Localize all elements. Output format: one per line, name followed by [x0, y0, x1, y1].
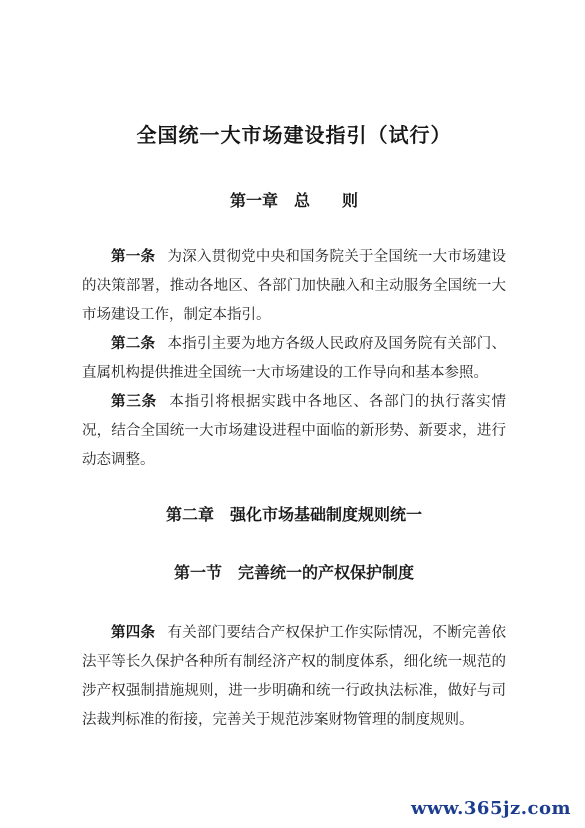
section-1-articles: 第四条有关部门要结合产权保护工作实际情况，不断完善依法平等长久保护各种所有制经济… — [82, 619, 506, 735]
article-4-paragraph: 第四条有关部门要结合产权保护工作实际情况，不断完善依法平等长久保护各种所有制经济… — [82, 619, 506, 735]
article-3-label: 第三条 — [111, 394, 157, 410]
article-4-label: 第四条 — [111, 625, 155, 641]
chapter-2-heading: 第二章 强化市场基础制度规则统一 — [82, 505, 506, 527]
chapter-1-heading: 第一章 总 则 — [82, 191, 506, 213]
article-2-label: 第二条 — [111, 336, 155, 352]
document-content: 全国统一大市场建设指引（试行） 第一章 总 则 第一条为深入贯彻党中央和国务院关… — [0, 0, 585, 735]
chapter-1-articles: 第一条为深入贯彻党中央和国务院关于全国统一大市场建设的决策部署，推动各地区、各部… — [82, 243, 506, 475]
document-page: 全国统一大市场建设指引（试行） 第一章 总 则 第一条为深入贯彻党中央和国务院关… — [0, 0, 585, 828]
document-title: 全国统一大市场建设指引（试行） — [82, 0, 506, 151]
article-1-paragraph: 第一条为深入贯彻党中央和国务院关于全国统一大市场建设的决策部署，推动各地区、各部… — [82, 243, 506, 330]
article-3-paragraph: 第三条本指引将根据实践中各地区、各部门的执行落实情况，结合全国统一大市场建设进程… — [82, 388, 506, 475]
section-1-heading: 第一节 完善统一的产权保护制度 — [82, 563, 506, 585]
article-1-label: 第一条 — [111, 249, 155, 265]
watermark-url: www.365jz.com — [411, 798, 571, 819]
article-2-paragraph: 第二条本指引主要为地方各级人民政府及国务院有关部门、直属机构提供推进全国统一大市… — [82, 330, 506, 388]
